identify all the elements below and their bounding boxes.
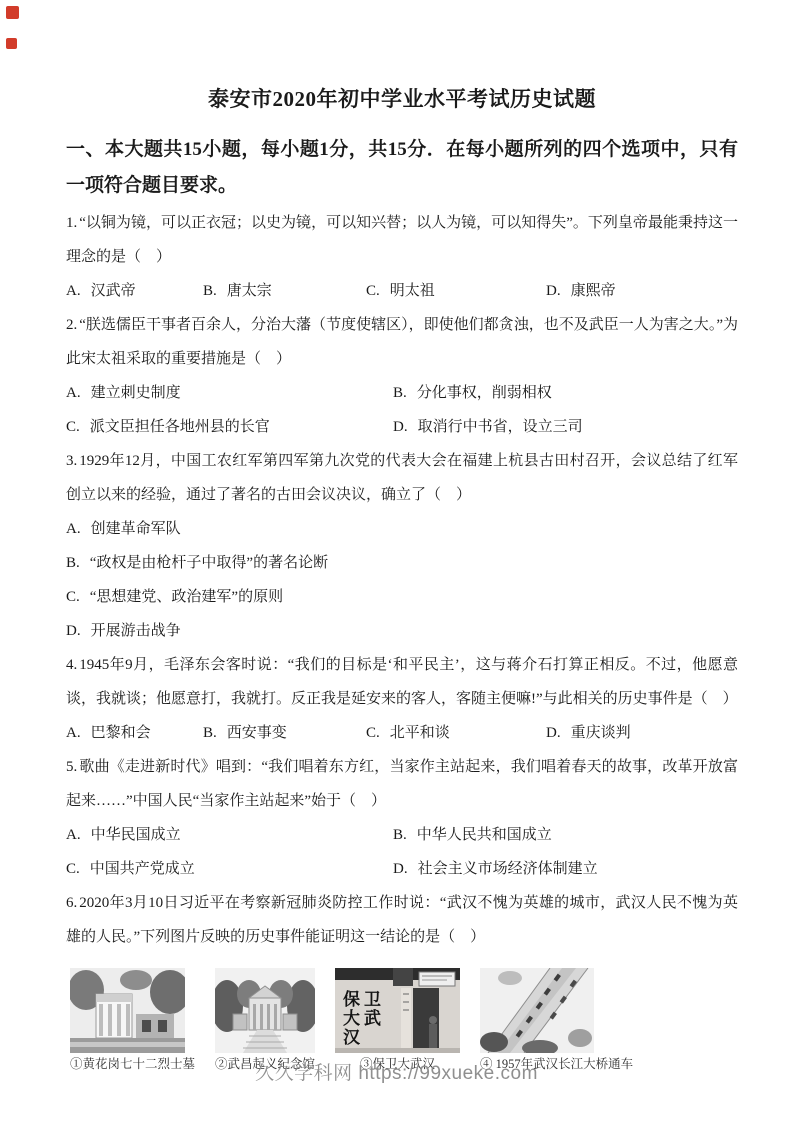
question-5: 5.歌曲《走进新时代》唱到：“我们唱着东方红，当家作主站起来，我们唱着春天的故事… — [66, 750, 738, 886]
options-grid: A.建立刺史制度 B.分化事权，削弱相权 C.派文臣担任各地州县的长官 D.取消… — [66, 376, 738, 444]
document-content: 泰安市2020年初中学业水平考试历史试题 一、本大题共15小题，每小题1分，共1… — [66, 84, 738, 1072]
figure-huanghuagang: ①黄花岗七十二烈士墓 — [70, 968, 195, 1072]
question-text: 1929年12月，中国工农红军第四军第九次党的代表大会在福建上杭县古田村召开，会… — [66, 453, 738, 503]
document-page: 泰安市2020年初中学业水平考试历史试题 一、本大题共15小题，每小题1分，共1… — [0, 0, 793, 1122]
section-instructions: 一、本大题共15小题，每小题1分，共15分．在每小题所列的四个选项中，只有一项符… — [66, 132, 738, 204]
question-stem: 6.2020年3月10日习近平在考察新冠肺炎防控工作时说：“武汉不愧为英雄的城市… — [66, 886, 738, 954]
option-a: A.汉武帝 — [66, 274, 203, 308]
question-stem: 2.“朕选儒臣干事者百余人，分治大藩（节度使辖区），即使他们都贪浊，也不及武臣一… — [66, 308, 738, 376]
options-list: A.创建革命军队 B.“政权是由枪杆子中取得”的著名论断 C.“思想建党、政治建… — [66, 512, 738, 648]
figure-wuchang-uprising-hall: ②武昌起义纪念馆 — [215, 968, 315, 1072]
red-annotation-icon — [6, 6, 19, 19]
option-d: D.取消行中书省，设立三司 — [393, 410, 738, 444]
question-text: 1945年9月，毛泽东会客时说：“我们的目标是‘和平民主’，这与蒋介石打算正相反… — [66, 657, 738, 707]
huanghuagang-martyrs-tomb-photo — [70, 968, 185, 1053]
option-a: A.建立刺史制度 — [66, 376, 393, 410]
options-row: A.汉武帝 B.唐太宗 C.明太祖 D.康熙帝 — [66, 274, 738, 308]
option-a: A.巴黎和会 — [66, 716, 203, 750]
options-row: A.巴黎和会 B.西安事变 C.北平和谈 D.重庆谈判 — [66, 716, 738, 750]
option-d: D.康熙帝 — [546, 274, 738, 308]
option-c: C.北平和谈 — [366, 716, 546, 750]
option-a: A.创建革命军队 — [66, 512, 738, 546]
question-stem: 5.歌曲《走进新时代》唱到：“我们唱着东方红，当家作主站起来，我们唱着春天的故事… — [66, 750, 738, 818]
figure-yangtze-bridge: ④ 1957年武汉长江大桥通车 — [480, 968, 633, 1072]
question-stem: 3.1929年12月，中国工农红军第四军第九次党的代表大会在福建上杭县古田村召开… — [66, 444, 738, 512]
option-b: B.“政权是由枪杆子中取得”的著名论断 — [66, 546, 738, 580]
red-annotation-icon — [6, 38, 17, 49]
question-text: “朕选儒臣干事者百余人，分治大藩（节度使辖区），即使他们都贪浊，也不及武臣一人为… — [66, 317, 738, 367]
question-6-figures: ①黄花岗七十二烈士墓 — [70, 968, 738, 1072]
option-d: D.开展游击战争 — [66, 614, 738, 648]
question-number: 3. — [66, 453, 77, 469]
options-grid: A.中华民国成立 B.中华人民共和国成立 C.中国共产党成立 D.社会主义市场经… — [66, 818, 738, 886]
option-c: C.“思想建党、政治建军”的原则 — [66, 580, 738, 614]
question-2: 2.“朕选儒臣干事者百余人，分治大藩（节度使辖区），即使他们都贪浊，也不及武臣一… — [66, 308, 738, 444]
question-text: 歌曲《走进新时代》唱到：“我们唱着东方红，当家作主站起来，我们唱着春天的故事，改… — [66, 759, 738, 809]
wuchang-uprising-memorial-photo — [215, 968, 315, 1053]
question-number: 5. — [66, 759, 77, 775]
question-4: 4.1945年9月，毛泽东会客时说：“我们的目标是‘和平民主’，这与蒋介石打算正… — [66, 648, 738, 750]
option-c: C.明太祖 — [366, 274, 546, 308]
question-number: 1. — [66, 215, 77, 231]
question-text: “以铜为镜，可以正衣冠；以史为镜，可以知兴替；以人为镜，可以知得失”。下列皇帝最… — [66, 215, 738, 265]
question-text: 2020年3月10日习近平在考察新冠肺炎防控工作时说：“武汉不愧为英雄的城市，武… — [66, 895, 738, 945]
question-1: 1.“以铜为镜，可以正衣冠；以史为镜，可以知兴替；以人为镜，可以知得失”。下列皇… — [66, 206, 738, 308]
option-a: A.中华民国成立 — [66, 818, 393, 852]
option-b: B.西安事变 — [203, 716, 366, 750]
option-d: D.社会主义市场经济体制建立 — [393, 852, 738, 886]
question-stem: 1.“以铜为镜，可以正衣冠；以史为镜，可以知兴替；以人为镜，可以知得失”。下列皇… — [66, 206, 738, 274]
question-6: 6.2020年3月10日习近平在考察新冠肺炎防控工作时说：“武汉不愧为英雄的城市… — [66, 886, 738, 1072]
option-b: B.分化事权，削弱相权 — [393, 376, 738, 410]
option-c: C.中国共产党成立 — [66, 852, 393, 886]
option-c: C.派文臣担任各地州县的长官 — [66, 410, 393, 444]
question-stem: 4.1945年9月，毛泽东会客时说：“我们的目标是‘和平民主’，这与蒋介石打算正… — [66, 648, 738, 716]
option-b: B.唐太宗 — [203, 274, 366, 308]
wall-slogan-text: 保卫大武汉 — [343, 990, 389, 1047]
option-b: B.中华人民共和国成立 — [393, 818, 738, 852]
option-d: D.重庆谈判 — [546, 716, 738, 750]
page-title: 泰安市2020年初中学业水平考试历史试题 — [66, 84, 738, 114]
question-number: 6. — [66, 895, 77, 911]
question-3: 3.1929年12月，中国工农红军第四军第九次党的代表大会在福建上杭县古田村召开… — [66, 444, 738, 648]
figure-defend-wuhan: 保卫大武汉 ③保卫大武汉 — [335, 968, 460, 1072]
question-number: 4. — [66, 657, 77, 673]
wuhan-yangtze-bridge-photo — [480, 968, 594, 1053]
question-number: 2. — [66, 317, 77, 333]
watermark-footer: 久久学科网 https://99xueke.com — [0, 1058, 793, 1085]
